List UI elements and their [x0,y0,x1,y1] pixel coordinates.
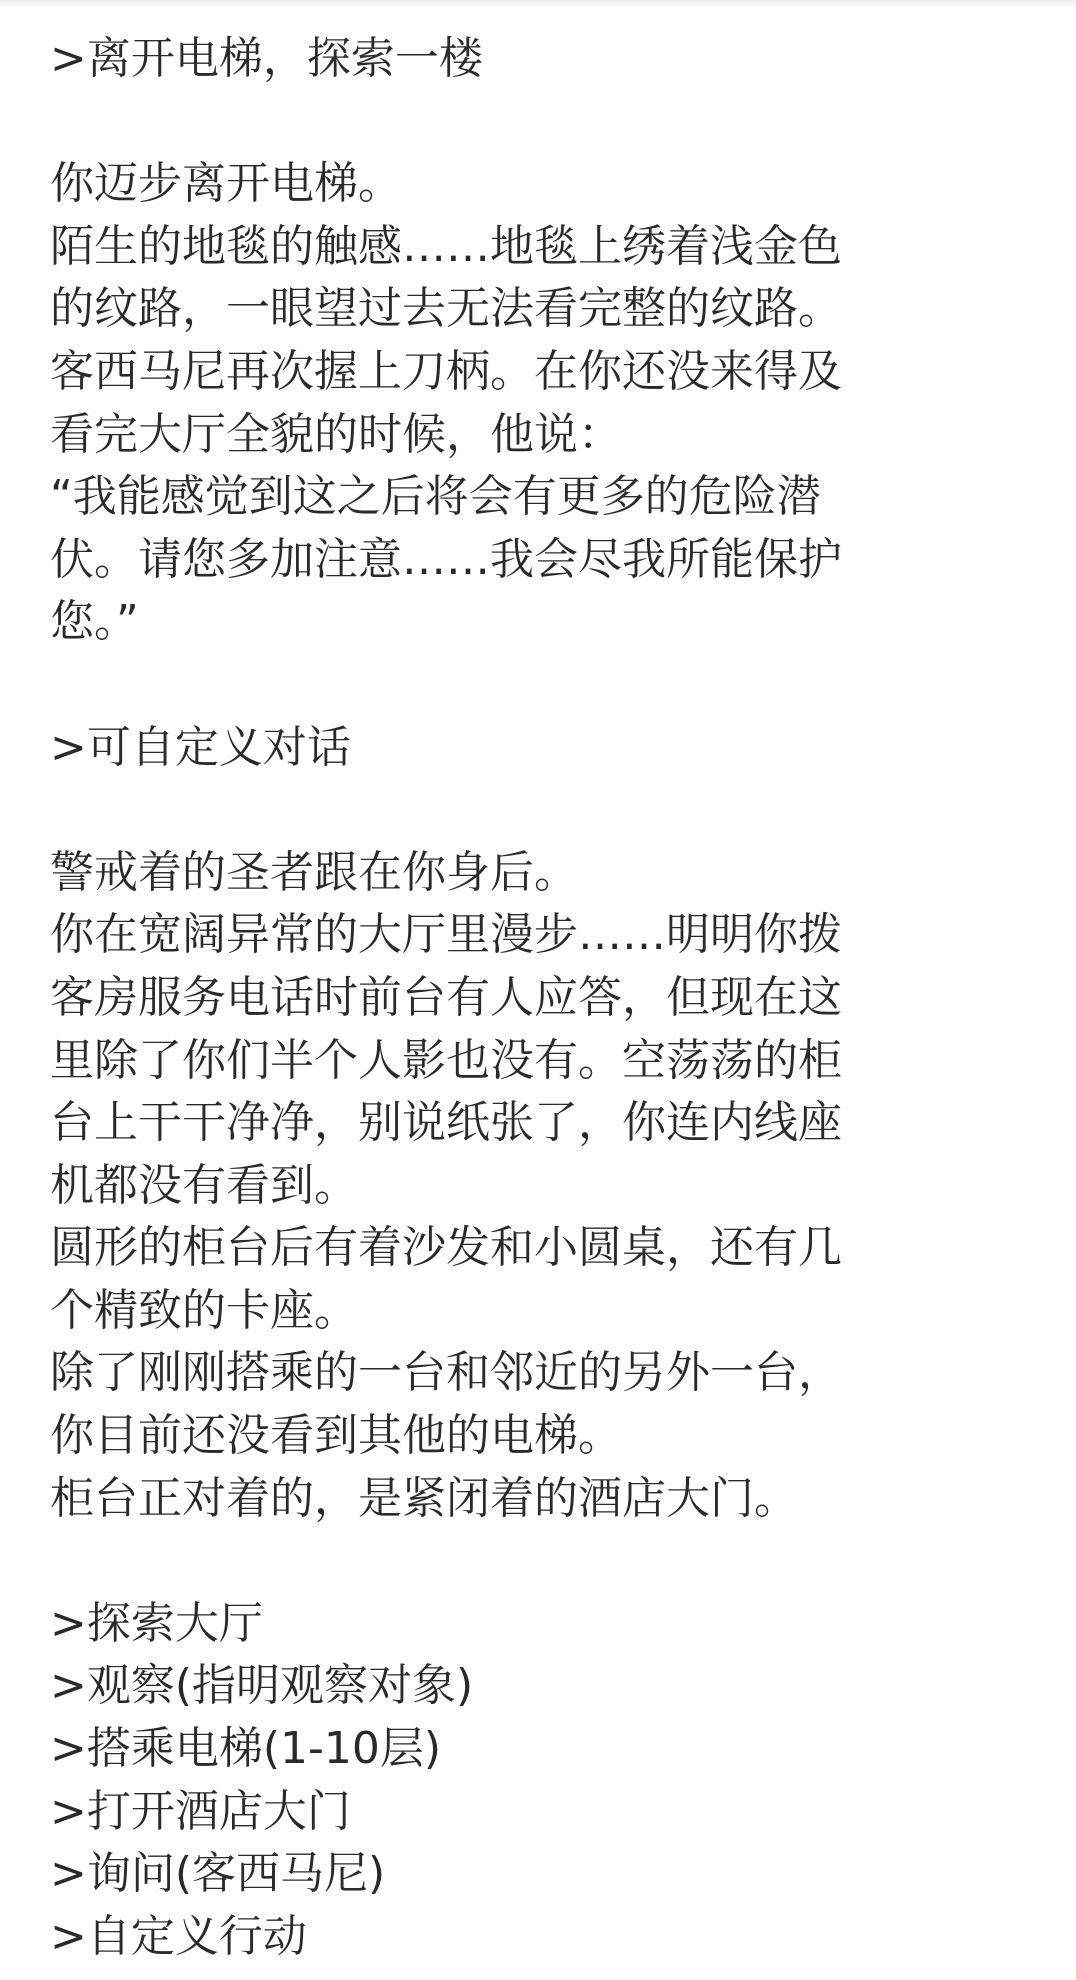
option-ask-gethsemane[interactable]: >询问(客西马尼) [50,1843,1050,1906]
option-open-hotel-door[interactable]: >打开酒店大门 [50,1781,1050,1844]
spacer [50,779,1050,842]
narration-line: 里除了你们半个人影也没有。空荡荡的柜 [50,1030,1050,1093]
narration-line: 除了刚刚搭乘的一台和邻近的另外一台， [50,1342,1050,1405]
narration-line: 圆形的柜台后有着沙发和小圆桌，还有几 [50,1217,1050,1280]
narration-line: 台上干干净净，别说纸张了，你连内线座 [50,1092,1050,1155]
option-custom-action[interactable]: >自定义行动 [50,1906,1050,1969]
action-options: >探索大厅 >观察(指明观察对象) >搭乘电梯(1-10层) >打开酒店大门 >… [50,1593,1050,1969]
dialogue-line: “我能感觉到这之后将会有更多的危险潜 [50,466,1050,529]
dialogue-line: 伏。请您多加注意……我会尽我所能保护 [50,529,1050,592]
option-take-elevator[interactable]: >搭乘电梯(1-10层) [50,1718,1050,1781]
narration-line: 柜台正对着的，是紧闭着的酒店大门。 [50,1468,1050,1531]
narration-line: 客房服务电话时前台有人应答，但现在这 [50,967,1050,1030]
narration-line: 机都没有看到。 [50,1155,1050,1218]
narration-line: 你迈步离开电梯。 [50,153,1050,216]
narration-block-2: 警戒着的圣者跟在你身后。 你在宽阔异常的大厅里漫步……明明你拨 客房服务电话时前… [50,842,1050,1531]
narration-line: 的纹路，一眼望过去无法看完整的纹路。 [50,278,1050,341]
dialogue-prompt: >可自定义对话 [50,717,1050,780]
spacer [50,654,1050,717]
narration-block-1: 你迈步离开电梯。 陌生的地毯的触感……地毯上绣着浅金色 的纹路，一眼望过去无法看… [50,153,1050,654]
previous-command: >离开电梯，探索一楼 [50,28,1050,91]
narration-line: 客西马尼再次握上刀柄。在你还没来得及 [50,341,1050,404]
narration-line: 陌生的地毯的触感……地毯上绣着浅金色 [50,216,1050,279]
narration-line: 警戒着的圣者跟在你身后。 [50,842,1050,905]
spacer [50,91,1050,154]
narration-line: 个精致的卡座。 [50,1280,1050,1343]
narration-line: 看完大厅全貌的时候，他说： [50,404,1050,467]
story-document: >离开电梯，探索一楼 你迈步离开电梯。 陌生的地毯的触感……地毯上绣着浅金色 的… [50,28,1050,1968]
option-explore-lobby[interactable]: >探索大厅 [50,1593,1050,1656]
narration-line: 你在宽阔异常的大厅里漫步……明明你拨 [50,904,1050,967]
option-observe[interactable]: >观察(指明观察对象) [50,1655,1050,1718]
narration-line: 你目前还没看到其他的电梯。 [50,1405,1050,1468]
custom-dialogue-prompt: >可自定义对话 [50,717,1050,780]
dialogue-line: 您。” [50,591,1050,654]
command-line: >离开电梯，探索一楼 [50,28,1050,91]
spacer [50,1530,1050,1593]
top-edge-shadow [0,0,1076,8]
